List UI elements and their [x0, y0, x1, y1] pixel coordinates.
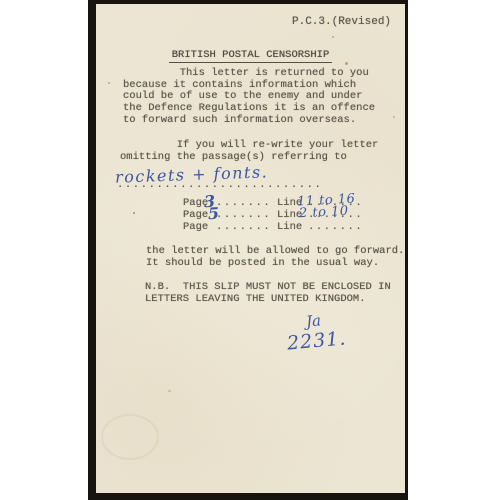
rewrite-paragraph: If you will re-write your letter omittin…: [120, 140, 378, 163]
forward-paragraph: the letter will be allowed to go forward…: [146, 246, 404, 269]
document-title-text: BRITISH POSTAL CENSORSHIP: [169, 49, 333, 63]
page-dots: .......: [216, 198, 271, 210]
page-label: Page: [183, 210, 208, 222]
paper-speck: [108, 82, 110, 84]
line-label: Line: [277, 222, 302, 234]
censorship-slip: P.C.3.(Revised) BRITISH POSTAL CENSORSHI…: [96, 4, 405, 493]
censor-number-handwritten: 2231.: [286, 327, 347, 354]
form-number: P.C.3.(Revised): [292, 17, 391, 29]
document-title: BRITISH POSTAL CENSORSHIP: [96, 44, 405, 63]
subject-dotted-line: ..........................: [117, 180, 322, 192]
paper-speck: [168, 390, 171, 392]
page-dots: .......: [216, 210, 271, 222]
censor-initials-handwritten: Ja: [305, 311, 322, 330]
document-photo: P.C.3.(Revised) BRITISH POSTAL CENSORSHI…: [88, 0, 408, 500]
screenshot-root: P.C.3.(Revised) BRITISH POSTAL CENSORSHI…: [0, 0, 500, 500]
paper-speck: [332, 36, 334, 38]
nb-note: N.B. THIS SLIP MUST NOT BE ENCLOSED IN L…: [145, 282, 391, 305]
page-value-handwritten: 5: [208, 204, 220, 224]
page-label: Page: [183, 222, 208, 234]
paper-speck: [393, 116, 395, 118]
form-row: Page ....... Line .......: [183, 222, 405, 234]
page-dots: .......: [216, 222, 271, 234]
line-dots: .......: [308, 222, 363, 234]
returned-paragraph: This letter is returned to you because i…: [123, 68, 375, 127]
line-value-handwritten: 2 to 10: [299, 204, 349, 222]
paper-speck: [133, 212, 135, 214]
paper-stain: [101, 414, 159, 460]
